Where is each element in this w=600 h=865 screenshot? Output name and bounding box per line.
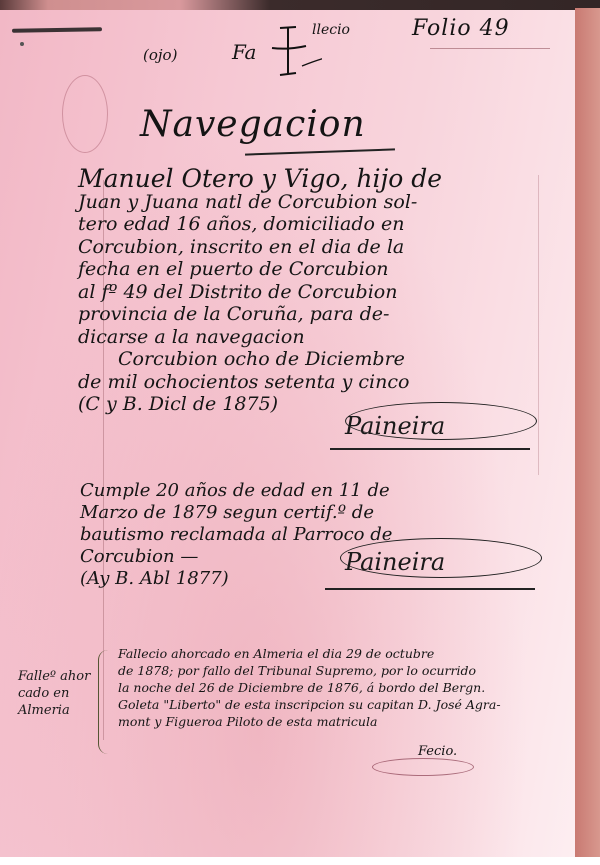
annotation-line: Fallecio ahorcado en Almeria el dia 29 d… <box>118 645 588 662</box>
page-title: Navegacion <box>140 104 366 145</box>
entry-line: Juan y Juana natl de Corcubion sol- <box>78 191 548 214</box>
margin-note-line: Almeria <box>18 702 90 719</box>
signature-flourish <box>372 758 474 776</box>
entry-line: fecha en el puerto de Corcubion <box>78 258 548 281</box>
signature-flourish <box>340 538 542 578</box>
entry-line: dicarse a la navegacion <box>78 326 548 349</box>
margin-note-line: cado en <box>18 685 90 702</box>
scan-bottom-edge <box>0 857 600 865</box>
entry-line: Corcubion, inscrito en el dia de la <box>78 236 548 259</box>
note-line: Marzo de 1879 segun certif.º de <box>80 502 550 524</box>
entry-line: tero edad 16 años, domiciliado en <box>78 213 548 236</box>
registration-entry: Manuel Otero y Vigo, hijo de Juan y Juan… <box>78 168 548 416</box>
fallecio-note: llecio <box>312 22 350 38</box>
folio-underline <box>430 48 550 49</box>
scan-right-edge <box>575 8 600 865</box>
margin-note-line: Falleº ahor <box>18 668 90 685</box>
annotation-line: mont y Figueroa Piloto de esta matricula <box>118 713 588 730</box>
entry-line: al fº 49 del Distrito de Corcubion <box>78 281 548 304</box>
punch-hole <box>20 42 24 46</box>
note-line: Cumple 20 años de edad en 11 de <box>80 480 550 502</box>
annotation-line: la noche del 26 de Diciembre de 1876, á … <box>118 679 588 696</box>
fa-note: Fa <box>232 40 256 64</box>
entry-line: Corcubion ocho de Diciembre <box>78 348 548 371</box>
folio-number: Folio 49 <box>412 16 510 41</box>
brace-mark <box>98 650 111 754</box>
annotation-signature: Fecio. <box>418 744 457 759</box>
annotation-line: de 1878; por fallo del Tribunal Supremo,… <box>118 662 588 679</box>
death-annotation: Fallecio ahorcado en Almeria el dia 29 d… <box>118 645 588 730</box>
entry-line: Manuel Otero y Vigo, hijo de <box>78 168 548 191</box>
signature-underline <box>330 448 530 450</box>
annotation-line: Goleta "Liberto" de esta inscripcion su … <box>118 696 588 713</box>
signature-flourish <box>345 402 537 440</box>
entry-line: provincia de la Coruña, para de- <box>78 303 548 326</box>
ojo-note: (ojo) <box>143 46 177 64</box>
entry-line: de mil ochocientos setenta y cinco <box>78 371 548 394</box>
margin-note: Falleº ahor cado en Almeria <box>18 668 90 719</box>
oval-stamp-outline <box>62 75 108 153</box>
signature-underline <box>325 588 535 590</box>
